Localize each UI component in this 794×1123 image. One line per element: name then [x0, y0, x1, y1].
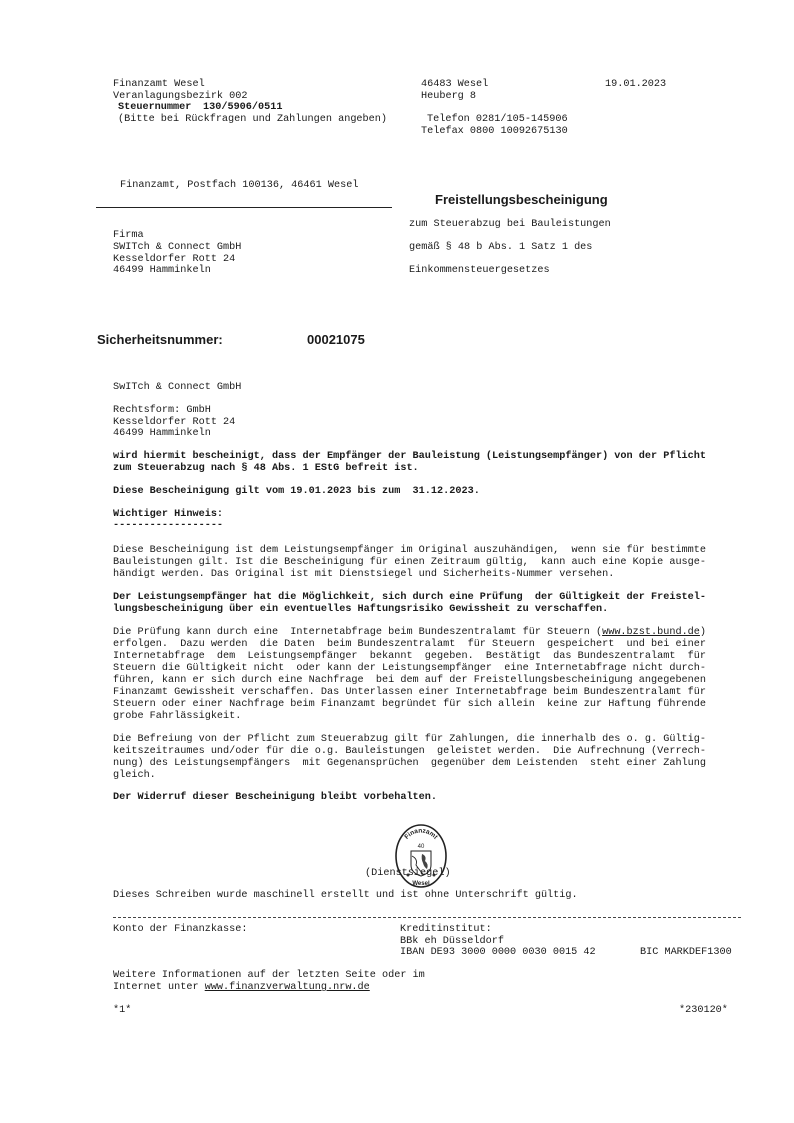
sender-office: Finanzamt Wesel [113, 79, 205, 91]
recipient-city: 46499 Hamminkeln [113, 265, 211, 277]
bank-label: Kreditinstitut: [400, 924, 492, 936]
tax-number-note: (Bitte bei Rückfragen und Zahlungen ange… [118, 114, 387, 126]
office-city: 46483 Wesel [421, 79, 488, 91]
para4-line-2: keitszeitraumes und/oder für die o.g. Ba… [113, 746, 706, 758]
subject-legal-form: Rechtsform: GmbH [113, 405, 211, 417]
bank-name: BBk eh Düsseldorf [400, 936, 504, 948]
para4-line-4: gleich. [113, 770, 156, 782]
para3-line-6: Finanzamt Gewissheit verschaffen. Das Un… [113, 687, 706, 699]
recipient-street: Kesseldorfer Rott 24 [113, 254, 235, 266]
recipient-label: Firma [113, 230, 144, 242]
office-street: Heuberg 8 [421, 91, 476, 103]
account-label: Konto der Finanzkasse: [113, 924, 248, 936]
document-code: *230120* [679, 1005, 728, 1017]
tax-number: 130/5906/0511 [203, 102, 282, 114]
notice-heading-underline: ------------------ [113, 520, 223, 532]
postal-return-line: Finanzamt, Postfach 100136, 46461 Wesel [120, 180, 358, 192]
office-fax: Telefax 0800 10092675130 [421, 126, 568, 138]
para4-line-1: Die Befreiung von der Pflicht zum Steuer… [113, 734, 706, 746]
notice-heading: Wichtiger Hinweis: [113, 509, 223, 521]
bank-iban: IBAN DE93 3000 0000 0030 0015 42 [400, 947, 596, 959]
revocation-statement: Der Widerruf dieser Bescheinigung bleibt… [113, 792, 437, 804]
info-line-2: Internet unter www.finanzverwaltung.nrw.… [113, 982, 370, 994]
para3-line-8: grobe Fahrlässigkeit. [113, 711, 241, 723]
para3-line-3: Internetabfrage dem Leistungsempfänger b… [113, 651, 706, 663]
letter-date: 19.01.2023 [605, 79, 666, 91]
subtitle-line-1: zum Steuerabzug bei Bauleistungen [409, 219, 611, 231]
para3-line-4: Steuern die Gültigkeit nicht oder kann d… [113, 663, 706, 675]
para3-line-1-text: Die Prüfung kann durch eine Internetabfr… [113, 627, 602, 638]
address-window-rule [96, 207, 392, 208]
subject-name: SwITch & Connect GmbH [113, 382, 241, 394]
tax-number-label: Steuernummer [118, 102, 191, 114]
para1-line-3: händigt werden. Das Original ist mit Die… [113, 569, 614, 581]
document-title: Freistellungsbescheinigung [435, 192, 608, 208]
subject-city: 46499 Hamminkeln [113, 428, 211, 440]
para2-line-2: lungsbescheinigung über ein eventuelles … [113, 604, 608, 616]
bank-bic: BIC MARKDEF1300 [640, 947, 732, 959]
subtitle-line-2: gemäß § 48 b Abs. 1 Satz 1 des [409, 242, 592, 254]
para3-line-5: führen, kann er sich durch eine Nachfrag… [113, 675, 706, 687]
page-mark: *1* [113, 1005, 131, 1017]
para3-line-7: Steuern oder einer Nachfrage beim Finanz… [113, 699, 706, 711]
para3-line-1: Die Prüfung kann durch eine Internetabfr… [113, 627, 706, 639]
seal-number: 40 [418, 844, 425, 850]
finanzverwaltung-link[interactable]: www.finanzverwaltung.nrw.de [205, 982, 370, 993]
seal-bottom-text: Wesel [412, 881, 430, 887]
footer-separator [113, 917, 741, 918]
machine-generated-note: Dieses Schreiben wurde maschinell erstel… [113, 890, 578, 902]
certify-line-2: zum Steuerabzug nach § 48 Abs. 1 EStG be… [113, 463, 419, 475]
para2-line-1: Der Leistungsempfänger hat die Möglichke… [113, 592, 706, 604]
security-number-label: Sicherheitsnummer: [97, 332, 223, 348]
info-line-2-prefix: Internet unter [113, 982, 205, 993]
info-line-1: Weitere Informationen auf der letzten Se… [113, 970, 425, 982]
bzst-link-close: ) [700, 627, 706, 638]
bzst-link[interactable]: www.bzst.bund.de [602, 627, 700, 638]
recipient-name: SWITch & Connect GmbH [113, 242, 241, 254]
para3-line-2: erfolgen. Dazu werden die Daten beim Bun… [113, 639, 706, 651]
subject-street: Kesseldorfer Rott 24 [113, 417, 235, 429]
para1-line-1: Diese Bescheinigung ist dem Leistungsemp… [113, 545, 706, 557]
para4-line-3: nung) des Leistungsempfängers mit Gegena… [113, 758, 706, 770]
sender-district: Veranlagungsbezirk 002 [113, 91, 248, 103]
certify-line-1: wird hiermit bescheinigt, dass der Empfä… [113, 451, 706, 463]
security-number: 00021075 [307, 332, 365, 348]
para1-line-2: Bauleistungen gilt. Ist die Bescheinigun… [113, 557, 706, 569]
seal-caption: (Dienstsiegel) [365, 868, 451, 880]
subtitle-line-3: Einkommensteuergesetzes [409, 265, 550, 277]
validity-statement: Diese Bescheinigung gilt vom 19.01.2023 … [113, 486, 480, 498]
office-phone: Telefon 0281/105-145906 [427, 114, 568, 126]
